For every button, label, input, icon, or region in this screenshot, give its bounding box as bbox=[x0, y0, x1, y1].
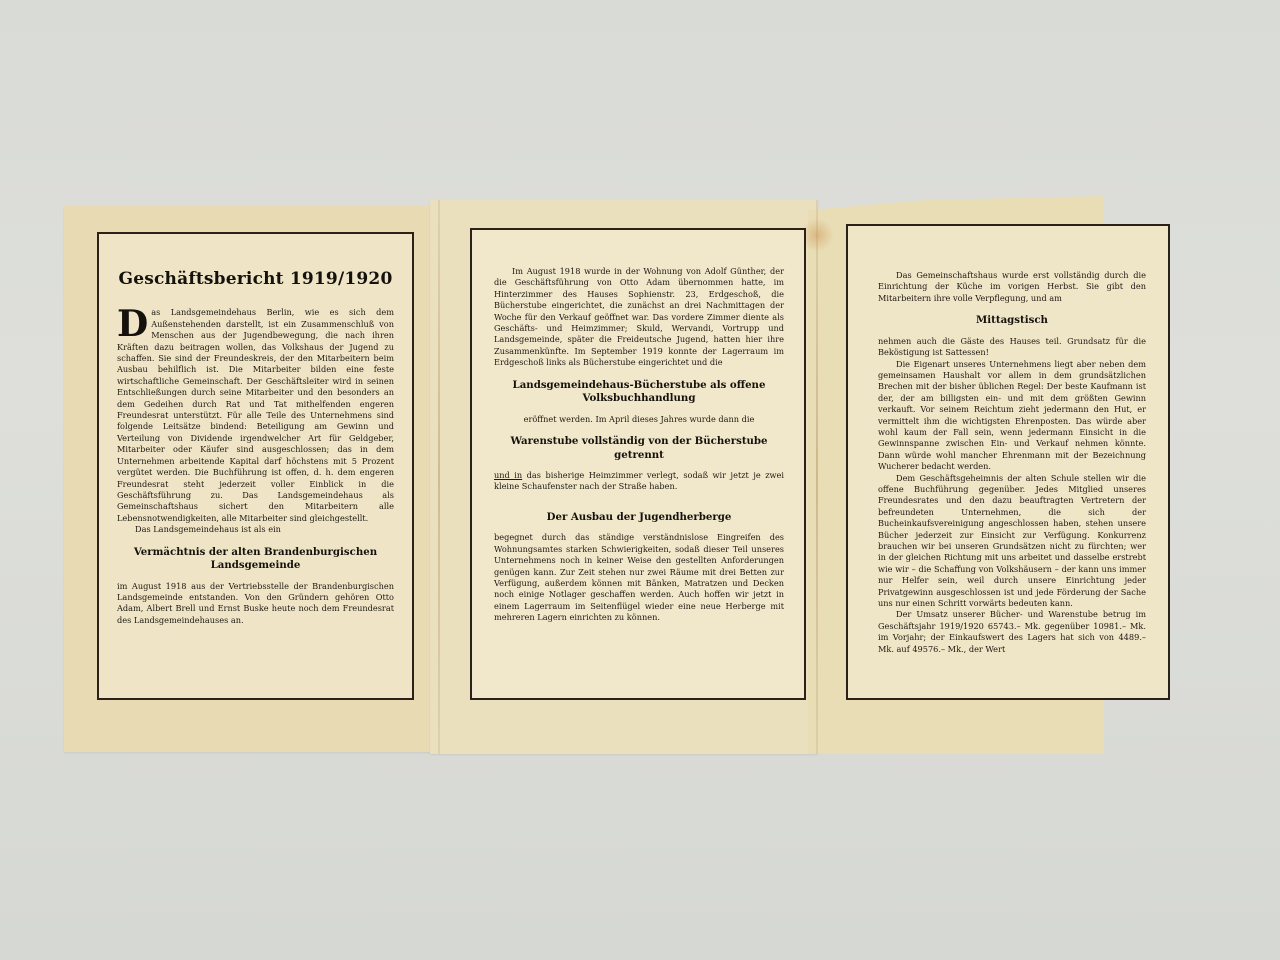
left-page-frame: Geschäftsbericht 1919/1920 Das Landsgeme… bbox=[97, 232, 414, 700]
page-title: Geschäftsbericht 1919/1920 bbox=[117, 274, 394, 285]
section-heading-jugendherberge: Der Ausbau der Jugendherberge bbox=[502, 511, 776, 525]
intro-paragraph: Das Gemeinschaftshaus wurde erst vollstä… bbox=[878, 270, 1146, 304]
spacer bbox=[494, 493, 784, 501]
underlined-text: und in bbox=[494, 470, 522, 480]
section-heading-mittagstisch: Mittagstisch bbox=[886, 314, 1138, 328]
intro-paragraph: Das Landsgemeindehaus Berlin, wie es sic… bbox=[117, 307, 394, 524]
umsatz-paragraph: Der Umsatz unserer Bücher- und Warenstub… bbox=[878, 609, 1146, 655]
section-heading-buecherstube: Landsgemeindehaus-Bücherstube als offene… bbox=[502, 379, 776, 406]
right-page-frame: Das Gemeinschaftshaus wurde erst vollstä… bbox=[846, 224, 1170, 700]
closing-paragraph: begegnet durch das ständige verständnisl… bbox=[494, 532, 784, 623]
fold-crease-left bbox=[438, 200, 440, 754]
section-heading-vermaechtnis: Vermächtnis der alten Brandenburgischen … bbox=[125, 546, 386, 573]
buchfuehrung-paragraph: Dem Geschäftsgeheimnis der alten Schule … bbox=[878, 473, 1146, 610]
fold-crease-right bbox=[816, 200, 818, 754]
closing-paragraph: im August 1918 aus der Vertriebsstelle d… bbox=[117, 581, 394, 627]
right-page-content: Das Gemeinschaftshaus wurde erst vollstä… bbox=[848, 226, 1168, 698]
middle-page-content: Im August 1918 wurde in der Wohnung von … bbox=[472, 230, 804, 698]
transition-text: eröffnet werden. Im April dieses Jahres … bbox=[494, 414, 784, 425]
dropcap-letter: D bbox=[117, 307, 148, 341]
section-heading-warenstube: Warenstube vollständig von der Bücherstu… bbox=[502, 435, 776, 462]
intro-paragraph: Im August 1918 wurde in der Wohnung von … bbox=[494, 266, 784, 369]
warenstube-text: das bisherige Heimzimmer verlegt, sodaß … bbox=[494, 470, 784, 491]
middle-page-frame: Im August 1918 wurde in der Wohnung von … bbox=[470, 228, 806, 700]
mittagstisch-paragraph: nehmen auch die Gäste des Hauses teil. G… bbox=[878, 336, 1146, 359]
eigenart-paragraph: Die Eigenart unseres Unternehmens liegt … bbox=[878, 359, 1146, 473]
lead-in-text: Das Landsgemeindehaus ist als ein bbox=[117, 524, 394, 535]
warenstube-paragraph: und in das bisherige Heimzimmer verlegt,… bbox=[494, 470, 784, 493]
intro-text: as Landsgemeindehaus Berlin, wie es sich… bbox=[117, 307, 394, 522]
left-page-content: Geschäftsbericht 1919/1920 Das Landsgeme… bbox=[99, 234, 412, 698]
